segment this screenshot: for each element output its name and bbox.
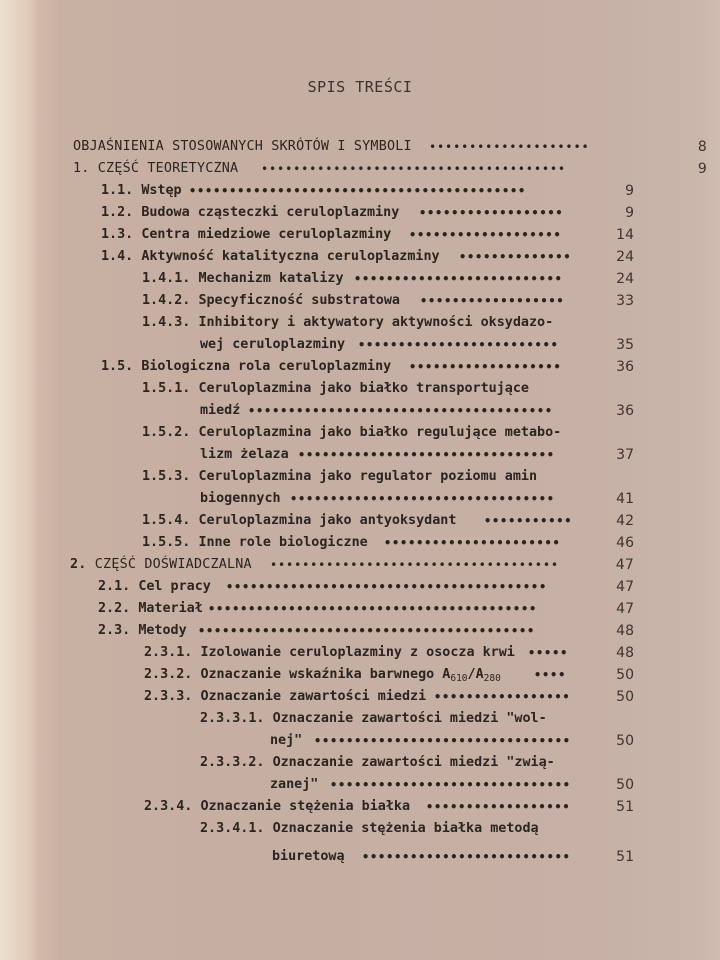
toc-page-number: 50 [606,774,634,796]
toc-entry-number: 1.3. [101,224,133,246]
toc-page-number: 36 [606,356,634,378]
leader-dots: •••••••••••••••••••••••••••••••••••••••• [226,576,576,598]
toc-entry: 2.3.2. Oznaczanie wskaźnika barwnego A61… [144,664,501,686]
scanned-page: SPIS TREŚCI OBJAŚNIENIA STOSOWANYCH SKRÓ… [0,0,720,960]
toc-page-number: 47 [606,554,634,576]
toc-page-number: 24 [606,268,634,290]
toc-page-number: 48 [606,642,634,664]
leader-dots: ••••••••••••••••••••••••••••••••••••••••… [189,180,577,202]
toc-entry-text: Oznaczanie stężenia białka [200,796,410,818]
toc-entry: 1.3. Centra miedziowe ceruloplazminy •••… [101,224,391,246]
toc-entry-number: 1.4.2. [142,290,190,312]
toc-entry: 2.3.3. Oznaczanie zawartości miedzi ••••… [144,686,426,708]
toc-entry: 2.3. Metody ••••••••••••••••••••••••••••… [98,620,187,642]
toc-entry: 1.5.4. Ceruloplazmina jako antyoksydant … [142,510,456,532]
toc-entry-number: 1.4.3. [142,312,190,334]
toc-entry-text: Oznaczanie stężenia białka metodą [273,818,539,840]
toc-page-number: 8 [679,136,707,158]
toc-entry-text: Ceruloplazmina jako regulator poziomu am… [198,466,537,488]
toc-entry-text: biogennych [200,488,281,510]
toc-entry-number: 2.3.3.1. [200,708,265,730]
toc-page-number: 9 [606,180,634,202]
toc-entry: 1.4. Aktywność katalityczna ceruloplazmi… [101,246,440,268]
toc-entry-text: Budowa cząsteczki ceruloplazminy [141,202,399,224]
leader-dots: ••••••••••• [484,510,576,532]
toc-entry: 1.4.3. Inhibitory i aktywatory aktywnośc… [142,312,553,334]
toc-entry-text: Inhibitory i aktywatory aktywności oksyd… [198,312,553,334]
toc-entry-continuation: wej ceruloplazminy •••••••••••••••••••••… [200,334,345,356]
toc-entry: 1.2. Budowa cząsteczki ceruloplazminy ••… [101,202,399,224]
toc-entry: 2.3.4. Oznaczanie stężenia białka ••••••… [144,796,410,818]
toc-entry-text: biuretową [272,846,345,868]
toc-entry-number: 1.5.4. [142,510,190,532]
toc-entry-text: Materiał [138,598,203,620]
toc-entry-number: 2.3.3. [144,686,192,708]
toc-page-number: 35 [606,334,634,356]
toc-entry: 1.5.3. Ceruloplazmina jako regulator poz… [142,466,537,488]
toc-entry-text: Izolowanie ceruloplazminy z osocza krwi [200,642,514,664]
leader-dots: •••••••••••••••••• [420,290,576,312]
leader-dots: •••••••••••••••••• [426,796,576,818]
leader-dots: ••••••••••••••••••••••••••••••••••••••••… [198,620,576,642]
toc-entry-text: CZĘŚĆ TEORETYCZNA [98,158,238,180]
toc-entry-continuation: biogennych •••••••••••••••••••••••••••••… [200,488,281,510]
toc-page-number: 9 [606,202,634,224]
toc-page-number: 36 [606,400,634,422]
leader-dots: •••••••••••••••••••••• [384,532,576,554]
toc-entry-continuation: zanej" •••••••••••••••••••••••••••••• 50 [270,774,318,796]
toc-entry-number: 2.3.2. [144,664,192,686]
subscript-610: 610 [450,673,467,684]
toc-page-number: 9 [679,158,707,180]
toc-entry-text: CZĘŚĆ DOŚWIADCZALNA [95,554,252,576]
toc-entry-text: Oznaczanie zawartości miedzi [200,686,426,708]
toc-page-number: 14 [606,224,634,246]
toc-entry-text: Wstęp [141,180,181,202]
toc-entry-text: Mechanizm katalizy [198,268,343,290]
toc-entry-number: 2.2. [98,598,130,620]
leader-dots: •••••••••••••• [459,246,577,268]
toc-entry: 1. CZĘŚĆ TEORETYCZNA •••••••••••••••••••… [73,158,238,180]
toc-entry-continuation: lizm żelaza ••••••••••••••••••••••••••••… [200,444,289,466]
leader-dots: •••••••••••••••••••••••••••••••••••• [270,554,576,576]
leader-dots: ••••••••••••••••••• [409,224,577,246]
toc-page-number: 47 [606,598,634,620]
toc-entry: 1.5.2. Ceruloplazmina jako białko regulu… [142,422,561,444]
toc-entry-number: 1.5.1. [142,378,190,400]
toc-entry: 2.3.4.1. Oznaczanie stężenia białka meto… [200,818,539,840]
toc-entry: 2.2. Materiał ••••••••••••••••••••••••••… [98,598,203,620]
toc-page-number: 50 [606,686,634,708]
leader-dots: •••••••••••••••••••••••••••••••••••••• [261,158,649,180]
toc-entry-text: miedź [200,400,240,422]
toc-page-number: 46 [606,532,634,554]
toc-entry: OBJAŚNIENIA STOSOWANYCH SKRÓTÓW I SYMBOL… [73,136,412,158]
leader-dots: •••••••••••••••••••••••••••••••• [314,730,576,752]
toc-entry-number: 2.3. [98,620,130,642]
toc-page-number: 50 [606,664,634,686]
leader-dots: ••••• [528,642,576,664]
toc-page-number: 37 [606,444,634,466]
toc-page-number: 33 [606,290,634,312]
leader-dots: •••••••••••••••••••••••••••••• [330,774,576,796]
leader-dots: ••••••••••••••••••• [409,356,577,378]
toc-entry-number: 1.5.2. [142,422,190,444]
toc-page-number: 48 [606,620,634,642]
toc-entry-text: Biologiczna rola ceruloplazminy [141,356,391,378]
toc-entry: 1.5.5. Inne role biologiczne •••••••••••… [142,532,368,554]
toc-entry-number: 1.1. [101,180,133,202]
toc-entry-text: Metody [138,620,186,642]
toc-entry-text: OBJAŚNIENIA STOSOWANYCH SKRÓTÓW I SYMBOL… [73,136,412,158]
toc-entry-text: nej" [270,730,302,752]
toc-page-number: 50 [606,730,634,752]
toc-entry: 2.3.3.1. Oznaczanie zawartości miedzi "w… [200,708,547,730]
toc-entry: 1.4.2. Specyficzność substratowa •••••••… [142,290,400,312]
table-of-contents: OBJAŚNIENIA STOSOWANYCH SKRÓTÓW I SYMBOL… [0,0,720,960]
toc-entry-number: 2.3.4. [144,796,192,818]
toc-entry-continuation: miedź ••••••••••••••••••••••••••••••••••… [200,400,240,422]
toc-entry: 1.4.1. Mechanizm katalizy ••••••••••••••… [142,268,344,290]
toc-entry: 1.5.1. Ceruloplazmina jako białko transp… [142,378,529,400]
leader-dots: •••••••••••••••••• [419,202,577,224]
leader-dots: •••••••••••••••••••••••••• [362,846,576,868]
toc-page-number: 41 [606,488,634,510]
toc-entry-text: wej ceruloplazminy [200,334,345,356]
toc-entry-text: Inne role biologiczne [198,532,367,554]
leader-dots: ••••••••••••••••••••••••••••••••• [290,488,576,510]
toc-page-number: 47 [606,576,634,598]
leader-dots: ••••••••••••••••••••••••••••••••••••••••… [208,598,576,620]
leader-dots: •••••••••••••••••••••••••• [354,268,576,290]
toc-page-number: 51 [606,796,634,818]
toc-entry-number: 1.4.1. [142,268,190,290]
leader-dots: ••••••••••••••••••••••••• [358,334,576,356]
leader-dots: ••••••••••••••••• [434,686,576,708]
toc-entry-number: 2.3.1. [144,642,192,664]
leader-dots: •••••••••••••••••••••••••••••••••••••• [248,400,576,422]
toc-entry-text-main: Oznaczanie wskaźnika barwnego A [200,667,450,682]
toc-entry-number: 1.5.3. [142,466,190,488]
toc-page-number: 24 [606,246,634,268]
toc-entry-number: 1.2. [101,202,133,224]
toc-entry-text: Ceruloplazmina jako białko transportując… [198,378,529,400]
toc-entry-text: Centra miedziowe ceruloplazminy [141,224,391,246]
toc-entry-number: 2. [70,554,87,576]
toc-entry: 1.1. Wstęp •••••••••••••••••••••••••••••… [101,180,182,202]
subscript-280: 280 [484,673,501,684]
toc-entry-continuation: nej" •••••••••••••••••••••••••••••••• 50 [270,730,302,752]
toc-entry-number: 1.5. [101,356,133,378]
toc-entry-text: Oznaczanie zawartości miedzi "wol- [273,708,547,730]
toc-page-number: 51 [606,846,634,868]
toc-entry: 2.1. Cel pracy •••••••••••••••••••••••••… [98,576,211,598]
toc-entry-number: 1.5.5. [142,532,190,554]
toc-entry-text: Specyficzność substratowa [198,290,400,312]
leader-dots: •••• [534,664,576,686]
toc-entry-text: Cel pracy [138,576,211,598]
toc-entry-number: 2.1. [98,576,130,598]
toc-entry-number: 2.3.4.1. [200,818,265,840]
toc-entry-text: Ceruloplazmina jako białko regulujące me… [198,422,561,444]
toc-entry: 1.5. Biologiczna rola ceruloplazminy •••… [101,356,391,378]
toc-entry-number: 1.4. [101,246,133,268]
toc-entry-text: Ceruloplazmina jako antyoksydant [198,510,456,532]
toc-entry: 2.3.1. Izolowanie ceruloplazminy z osocz… [144,642,515,664]
toc-entry: 2.3.3.2. Oznaczanie zawartości miedzi "z… [200,752,555,774]
toc-entry-text: zanej" [270,774,318,796]
toc-entry-text: Oznaczanie zawartości miedzi "zwią- [273,752,555,774]
toc-entry-text: lizm żelaza [200,444,289,466]
toc-entry-number: 1. [73,158,90,180]
toc-entry-text: Aktywność katalityczna ceruloplazminy [141,246,439,268]
leader-dots: •••••••••••••••••••••••••••••••• [298,444,576,466]
toc-entry: 2. CZĘŚĆ DOŚWIADCZALNA •••••••••••••••••… [70,554,252,576]
toc-entry-text-slash: /A [468,667,484,682]
toc-entry-continuation: biuretową •••••••••••••••••••••••••• 51 [272,846,345,868]
toc-entry-number: 2.3.3.2. [200,752,265,774]
leader-dots: •••••••••••••••••••• [429,136,649,158]
toc-page-number: 42 [606,510,634,532]
